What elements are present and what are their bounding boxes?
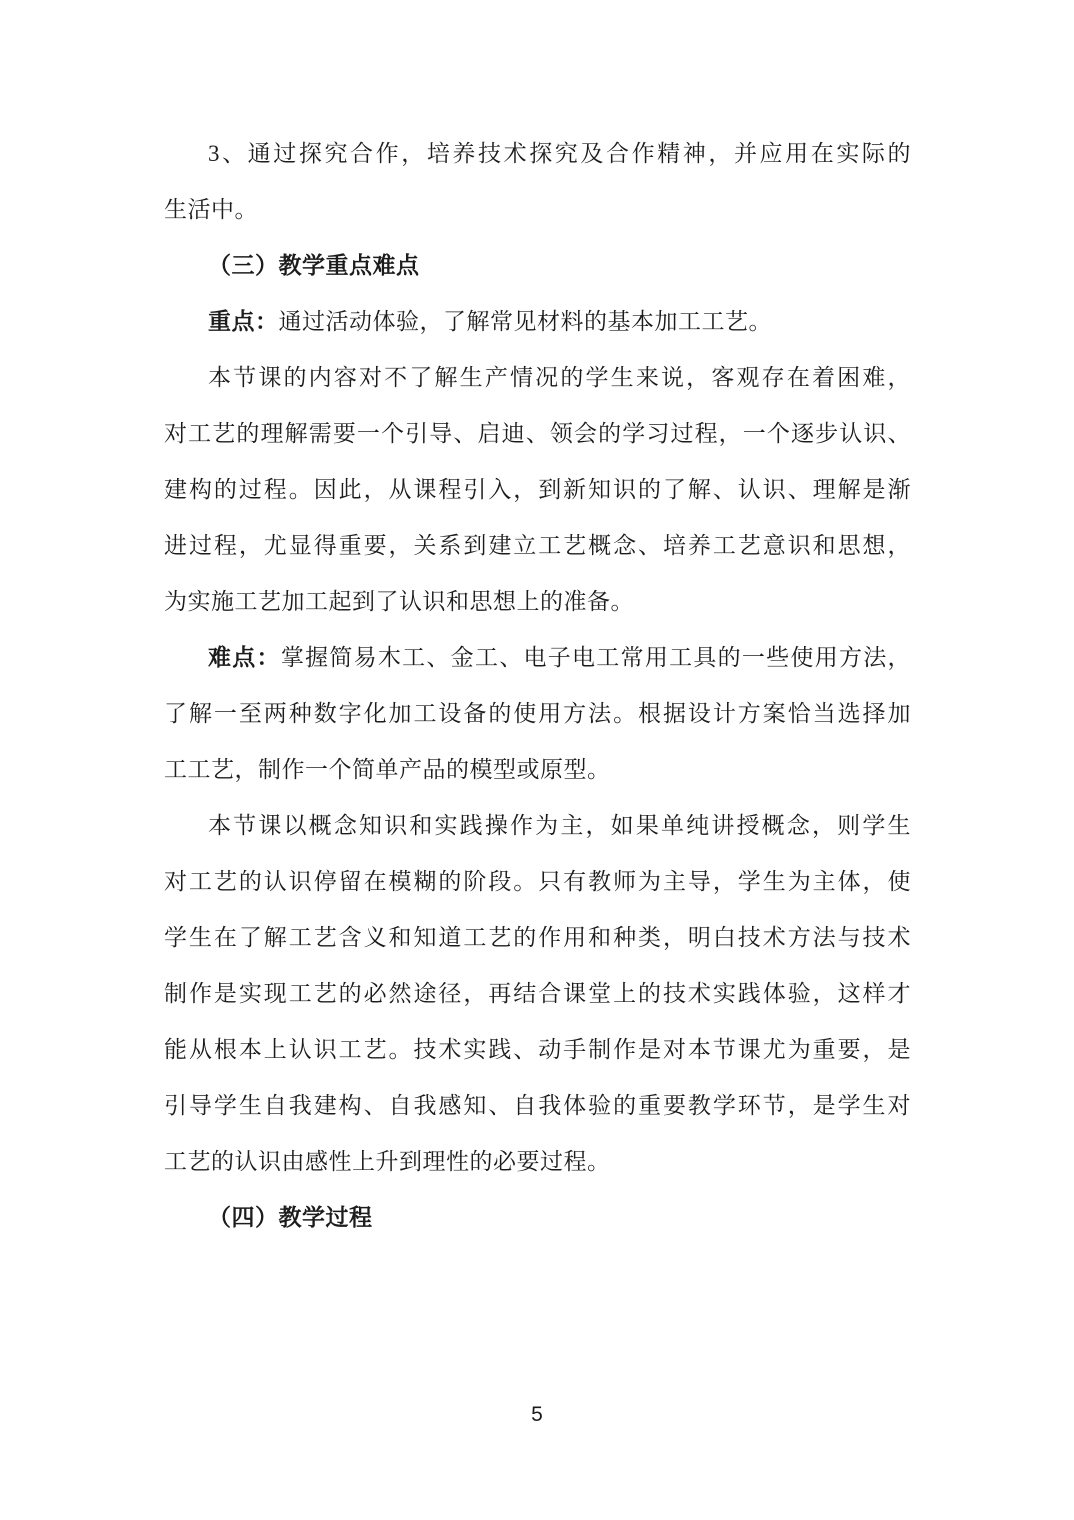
text-line: 难点：掌握简易木工、金工、电子电工常用工具的一些使用方法，: [164, 630, 911, 686]
text-line: （四）教学过程: [164, 1190, 911, 1246]
text-line: 3、通过探究合作，培养技术探究及合作精神，并应用在实际的: [164, 126, 911, 182]
text-segment: 掌握简易木工、金工、电子电工常用工具的一些使用方法，: [281, 645, 911, 670]
body-paragraph: 本节课以概念知识和实践操作为主，如果单纯讲授概念，则学生对工艺的认识停留在模糊的…: [164, 798, 911, 1190]
emphasis-text: 重点：: [208, 309, 279, 334]
text-segment: 了解一至两种数字化加工设备的使用方法。根据设计方案恰当选择加: [164, 701, 911, 726]
text-segment: 对工艺的认识停留在模糊的阶段。只有教师为主导，学生为主体，使: [164, 869, 911, 894]
text-line: 建构的过程。因此，从课程引入，到新知识的了解、认识、理解是渐: [164, 462, 911, 518]
text-line: 对工艺的认识停留在模糊的阶段。只有教师为主导，学生为主体，使: [164, 854, 911, 910]
text-line: 了解一至两种数字化加工设备的使用方法。根据设计方案恰当选择加: [164, 686, 911, 742]
section-heading-paragraph: （三）教学重点难点: [164, 238, 911, 294]
text-line: 制作是实现工艺的必然途径，再结合课堂上的技术实践体验，这样才: [164, 966, 911, 1022]
emphasis-text: 难点：: [208, 645, 281, 670]
text-segment: 工工艺，制作一个简单产品的模型或原型。: [164, 757, 611, 782]
text-line: 为实施工艺加工起到了认识和思想上的准备。: [164, 574, 911, 630]
text-segment: 进过程，尤显得重要，关系到建立工艺概念、培养工艺意识和思想，: [164, 533, 911, 558]
emphasis-text: （四）教学过程: [208, 1205, 373, 1230]
text-segment: 为实施工艺加工起到了认识和思想上的准备。: [164, 589, 634, 614]
text-segment: 工艺的认识由感性上升到理性的必要过程。: [164, 1149, 611, 1174]
text-segment: 引导学生自我建构、自我感知、自我体验的重要教学环节，是学生对: [164, 1093, 911, 1118]
document-body: 3、通过探究合作，培养技术探究及合作精神，并应用在实际的生活中。（三）教学重点难…: [164, 126, 911, 1246]
body-paragraph: 3、通过探究合作，培养技术探究及合作精神，并应用在实际的生活中。: [164, 126, 911, 238]
text-line: 对工艺的理解需要一个引导、启迪、领会的学习过程，一个逐步认识、: [164, 406, 911, 462]
page-number: 5: [531, 1403, 543, 1426]
text-segment: 生活中。: [164, 197, 258, 222]
text-segment: 学生在了解工艺含义和知道工艺的作用和种类，明白技术方法与技术: [164, 925, 911, 950]
emphasis-text: （三）教学重点难点: [208, 253, 420, 278]
text-line: 学生在了解工艺含义和知道工艺的作用和种类，明白技术方法与技术: [164, 910, 911, 966]
text-segment: 3、通过探究合作，培养技术探究及合作精神，并应用在实际的: [208, 141, 911, 166]
text-segment: 制作是实现工艺的必然途径，再结合课堂上的技术实践体验，这样才: [164, 981, 911, 1006]
text-line: 本节课以概念知识和实践操作为主，如果单纯讲授概念，则学生: [164, 798, 911, 854]
text-line: （三）教学重点难点: [164, 238, 911, 294]
text-line: 本节课的内容对不了解生产情况的学生来说，客观存在着困难，: [164, 350, 911, 406]
text-line: 引导学生自我建构、自我感知、自我体验的重要教学环节，是学生对: [164, 1078, 911, 1134]
text-line: 生活中。: [164, 182, 911, 238]
text-segment: 本节课的内容对不了解生产情况的学生来说，客观存在着困难，: [208, 365, 911, 390]
document-page: 3、通过探究合作，培养技术探究及合作精神，并应用在实际的生活中。（三）教学重点难…: [0, 0, 1074, 1520]
body-paragraph: 重点：通过活动体验，了解常见材料的基本加工工艺。: [164, 294, 911, 350]
text-segment: 本节课以概念知识和实践操作为主，如果单纯讲授概念，则学生: [208, 813, 911, 838]
text-segment: 通过活动体验，了解常见材料的基本加工工艺。: [279, 309, 773, 334]
page-footer: 5: [0, 1400, 1074, 1430]
text-line: 进过程，尤显得重要，关系到建立工艺概念、培养工艺意识和思想，: [164, 518, 911, 574]
text-segment: 对工艺的理解需要一个引导、启迪、领会的学习过程，一个逐步认识、: [164, 421, 911, 446]
text-line: 工工艺，制作一个简单产品的模型或原型。: [164, 742, 911, 798]
text-line: 工艺的认识由感性上升到理性的必要过程。: [164, 1134, 911, 1190]
body-paragraph: 难点：掌握简易木工、金工、电子电工常用工具的一些使用方法，了解一至两种数字化加工…: [164, 630, 911, 798]
text-line: 能从根本上认识工艺。技术实践、动手制作是对本节课尤为重要，是: [164, 1022, 911, 1078]
text-segment: 能从根本上认识工艺。技术实践、动手制作是对本节课尤为重要，是: [164, 1037, 911, 1062]
text-line: 重点：通过活动体验，了解常见材料的基本加工工艺。: [164, 294, 911, 350]
section-heading-paragraph: （四）教学过程: [164, 1190, 911, 1246]
body-paragraph: 本节课的内容对不了解生产情况的学生来说，客观存在着困难，对工艺的理解需要一个引导…: [164, 350, 911, 630]
text-segment: 建构的过程。因此，从课程引入，到新知识的了解、认识、理解是渐: [164, 477, 911, 502]
